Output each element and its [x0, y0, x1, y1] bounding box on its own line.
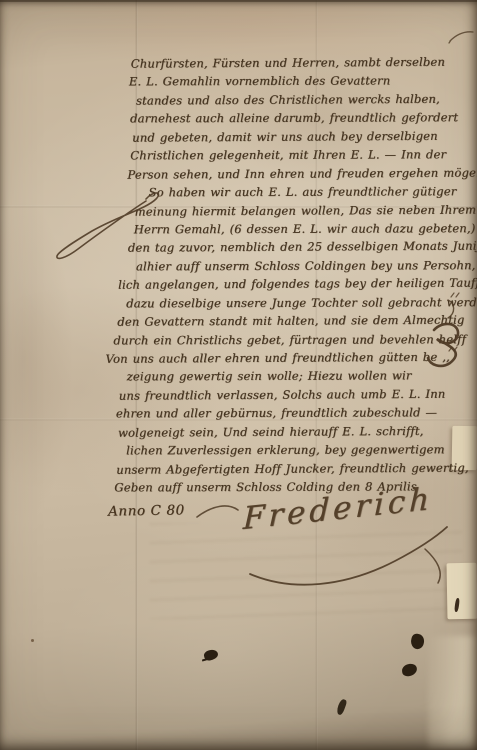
topright-pen-mark — [449, 32, 473, 43]
paper-top-edge — [0, 0, 477, 2]
right-bracket-flourish — [448, 300, 454, 318]
etc-comma-marks-2 — [451, 293, 459, 297]
ink-speck — [31, 639, 34, 642]
pen-flourishes-overlay — [0, 0, 477, 750]
right-loop-flourish — [428, 324, 458, 366]
margin-loop-flourish — [57, 193, 159, 258]
signature-underline-flourish — [250, 527, 447, 585]
signature-leadin-flourish — [197, 506, 238, 517]
manuscript-photo: Churfürsten, Fürsten und Herren, sambt d… — [0, 0, 477, 750]
signature-tail-flourish — [425, 549, 440, 583]
